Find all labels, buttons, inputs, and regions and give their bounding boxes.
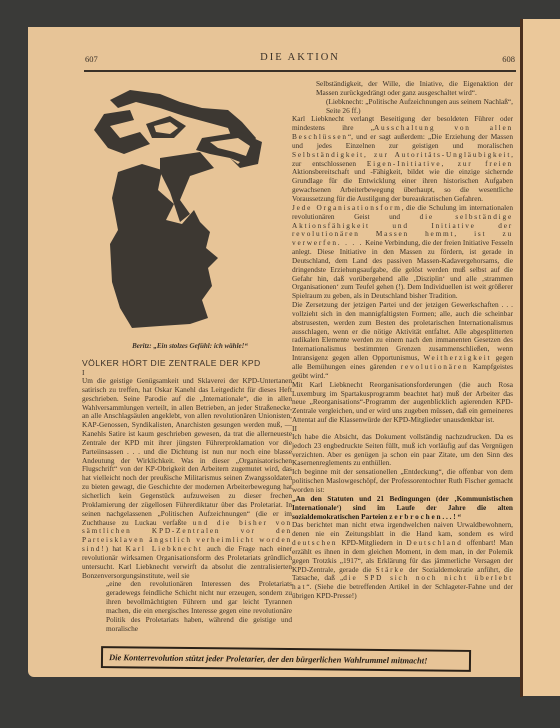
- woodcut-camel-head-icon: [90, 72, 290, 330]
- paragraph: Die Zersetzung der jetzigen Partei und d…: [292, 301, 513, 381]
- paragraph: Ich beginne mit der sensationellen „Entd…: [292, 468, 513, 495]
- block-quote: „eine den revolutionären Interessen des …: [82, 580, 292, 633]
- paragraph: Das berichtet man nicht etwa irgendwelch…: [292, 521, 513, 601]
- bold-quote: „An den Statuten und 21 Bedingungen (der…: [292, 495, 513, 522]
- block-quote-continued: Selbständigkeit, der Wille, die Iniative…: [292, 80, 513, 98]
- running-header: 607 DIE AKTION 608: [85, 52, 515, 66]
- slogan-banner: Die Konterrevolution stützt jeder Prolet…: [101, 646, 471, 672]
- book-spine: [520, 19, 523, 697]
- emphasis-spaced: Karl Liebknecht: [126, 544, 203, 553]
- paragraph: Um die geistige Genügsamkeit und Sklaver…: [82, 377, 292, 580]
- citation: (Liebknecht: „Politische Aufzeichnungen …: [292, 98, 513, 116]
- next-page-edge: [523, 19, 560, 696]
- paragraph: Ich habe die Absicht, das Dokument volls…: [292, 433, 513, 468]
- left-column: VÖLKER HÖRT DIE ZENTRALE DER KPD I Um di…: [82, 358, 292, 633]
- illustration-caption: Beritz: „Ein stolzes Gefühl: ich wähle!“: [90, 342, 290, 350]
- right-column: Selbständigkeit, der Wille, die Iniative…: [292, 80, 513, 601]
- paragraph: Karl Liebknecht verlangt Beseitigung der…: [292, 115, 513, 203]
- page-number-right: 608: [502, 54, 515, 64]
- paragraph: Mit Karl Liebknecht Reorganisationsforde…: [292, 381, 513, 425]
- magazine-title: DIE AKTION: [85, 52, 515, 63]
- paragraph: Jede Organisationsform, die die Schulung…: [292, 204, 513, 301]
- article-title: VÖLKER HÖRT DIE ZENTRALE DER KPD: [82, 358, 292, 369]
